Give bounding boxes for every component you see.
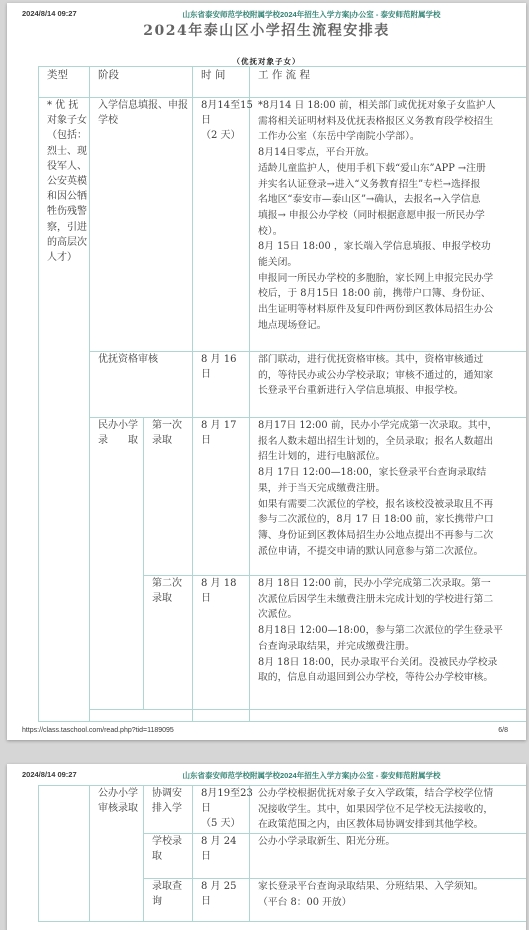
time-cell: 8月19至23日（5 天） [193,786,250,834]
col-header-stage: 阶段 [90,67,193,98]
stage-cell: 优抚资格审核 [90,352,193,418]
time-cell: 8 月 25日 [193,879,250,922]
stage-cell: 第二次录取 [144,576,193,710]
col-header-time: 时 间 [193,67,250,98]
print-header-title: 山东省泰安师范学校附属学校2024年招生入学方案|办公室 - 泰安师范附属学校 [107,770,516,781]
table-header-row: 类型 阶段 时 间 工 作 流 程 [39,67,527,98]
print-footer: https://class.taschool.com/read.php?tid=… [22,727,508,734]
stage-cell: 第一次录取 [144,418,193,576]
stage-cell: 协调安排入学 [144,786,193,834]
table-row: 公办小学审核录取 协调安排入学 8月19至23日（5 天） 公办学校根据优抚对象… [39,786,527,834]
table-row: 民办小学录 取 第一次录取 8 月 17日 8月17日 12:00 前，民办小学… [39,418,527,576]
page-2: 2024/8/14 09:27 山东省泰安师范学校附属学校2024年招生入学方案… [7,764,526,930]
workflow-cell: 8月17日 12:00 前，民办小学完成第一次录取。其中，报名人数未超出招生计划… [250,418,527,576]
stage-group-cell: 民办小学录 取 [90,418,144,710]
workflow-cell: *8月14 日 18:00 前，相关部门或优抚对象子女监护人需将相关证明材料及优… [250,98,527,352]
stage-cell [90,710,193,722]
time-cell: 8 月 18日 [193,576,250,710]
document-title: 2024年泰山区小学招生流程安排表 [7,20,526,40]
time-cell: 8 月 16日 [193,352,250,418]
time-cell: 8月14至15日（2 天） [193,98,250,352]
print-header-datetime: 2024/8/14 09:27 [22,770,77,779]
time-cell [193,710,250,722]
table-row-partial [39,710,527,722]
print-header-datetime: 2024/8/14 09:27 [22,9,77,18]
col-header-type: 类型 [39,67,90,98]
table-row: 优抚资格审核 8 月 16日 部门联动，进行优抚资格审核。其中，资格审核通过的，… [39,352,527,418]
table-row: * 优 抚对象子女（包括：烈士、现役军人、公安英模和因公牺牲伤残警察，引进的高层… [39,98,527,352]
footer-page-indicator: 6/8 [498,727,508,734]
stage-cell: 录取查询 [144,879,193,922]
time-cell: 8 月 17日 [193,418,250,576]
schedule-table: 类型 阶段 时 间 工 作 流 程 * 优 抚对象子女（包括：烈士、现役军人、公… [38,66,526,722]
footer-url: https://class.taschool.com/read.php?tid=… [22,727,174,734]
workflow-cell: 8月 18日 12:00 前，民办小学完成第二次录取。第一次派位后因学生未缴费注… [250,576,527,710]
stage-group-cell: 公办小学审核录取 [90,786,144,922]
workflow-cell: 家长登录平台查询录取结果、分班结果、入学须知。（平台 8：00 开放） [250,879,527,922]
workflow-cell [250,710,527,722]
type-cell: * 优 抚对象子女（包括：烈士、现役军人、公安英模和因公牺牲伤残警察，引进的高层… [39,98,90,722]
stage-cell: 学校录取 [144,834,193,879]
print-header-title: 山东省泰安师范学校附属学校2024年招生入学方案|办公室 - 泰安师范附属学校 [107,9,516,20]
col-header-workflow: 工 作 流 程 [250,67,527,98]
page-1: 2024/8/14 09:27 山东省泰安师范学校附属学校2024年招生入学方案… [7,3,526,740]
workflow-cell: 公办小学录取新生、阳光分班。 [250,834,527,879]
stage-cell: 入学信息填报、申报学校 [90,98,193,352]
schedule-table-continued: 公办小学审核录取 协调安排入学 8月19至23日（5 天） 公办学校根据优抚对象… [38,785,526,922]
workflow-cell: 部门联动，进行优抚资格审核。其中，资格审核通过的，等待民办或公办学校录取；审核不… [250,352,527,418]
workflow-cell: 公办学校根据优抚对象子女入学政策，结合学校学位情况接收学生。其中，如果因学位不足… [250,786,527,834]
time-cell: 8 月 24日 [193,834,250,879]
type-cell-continued [39,786,90,922]
